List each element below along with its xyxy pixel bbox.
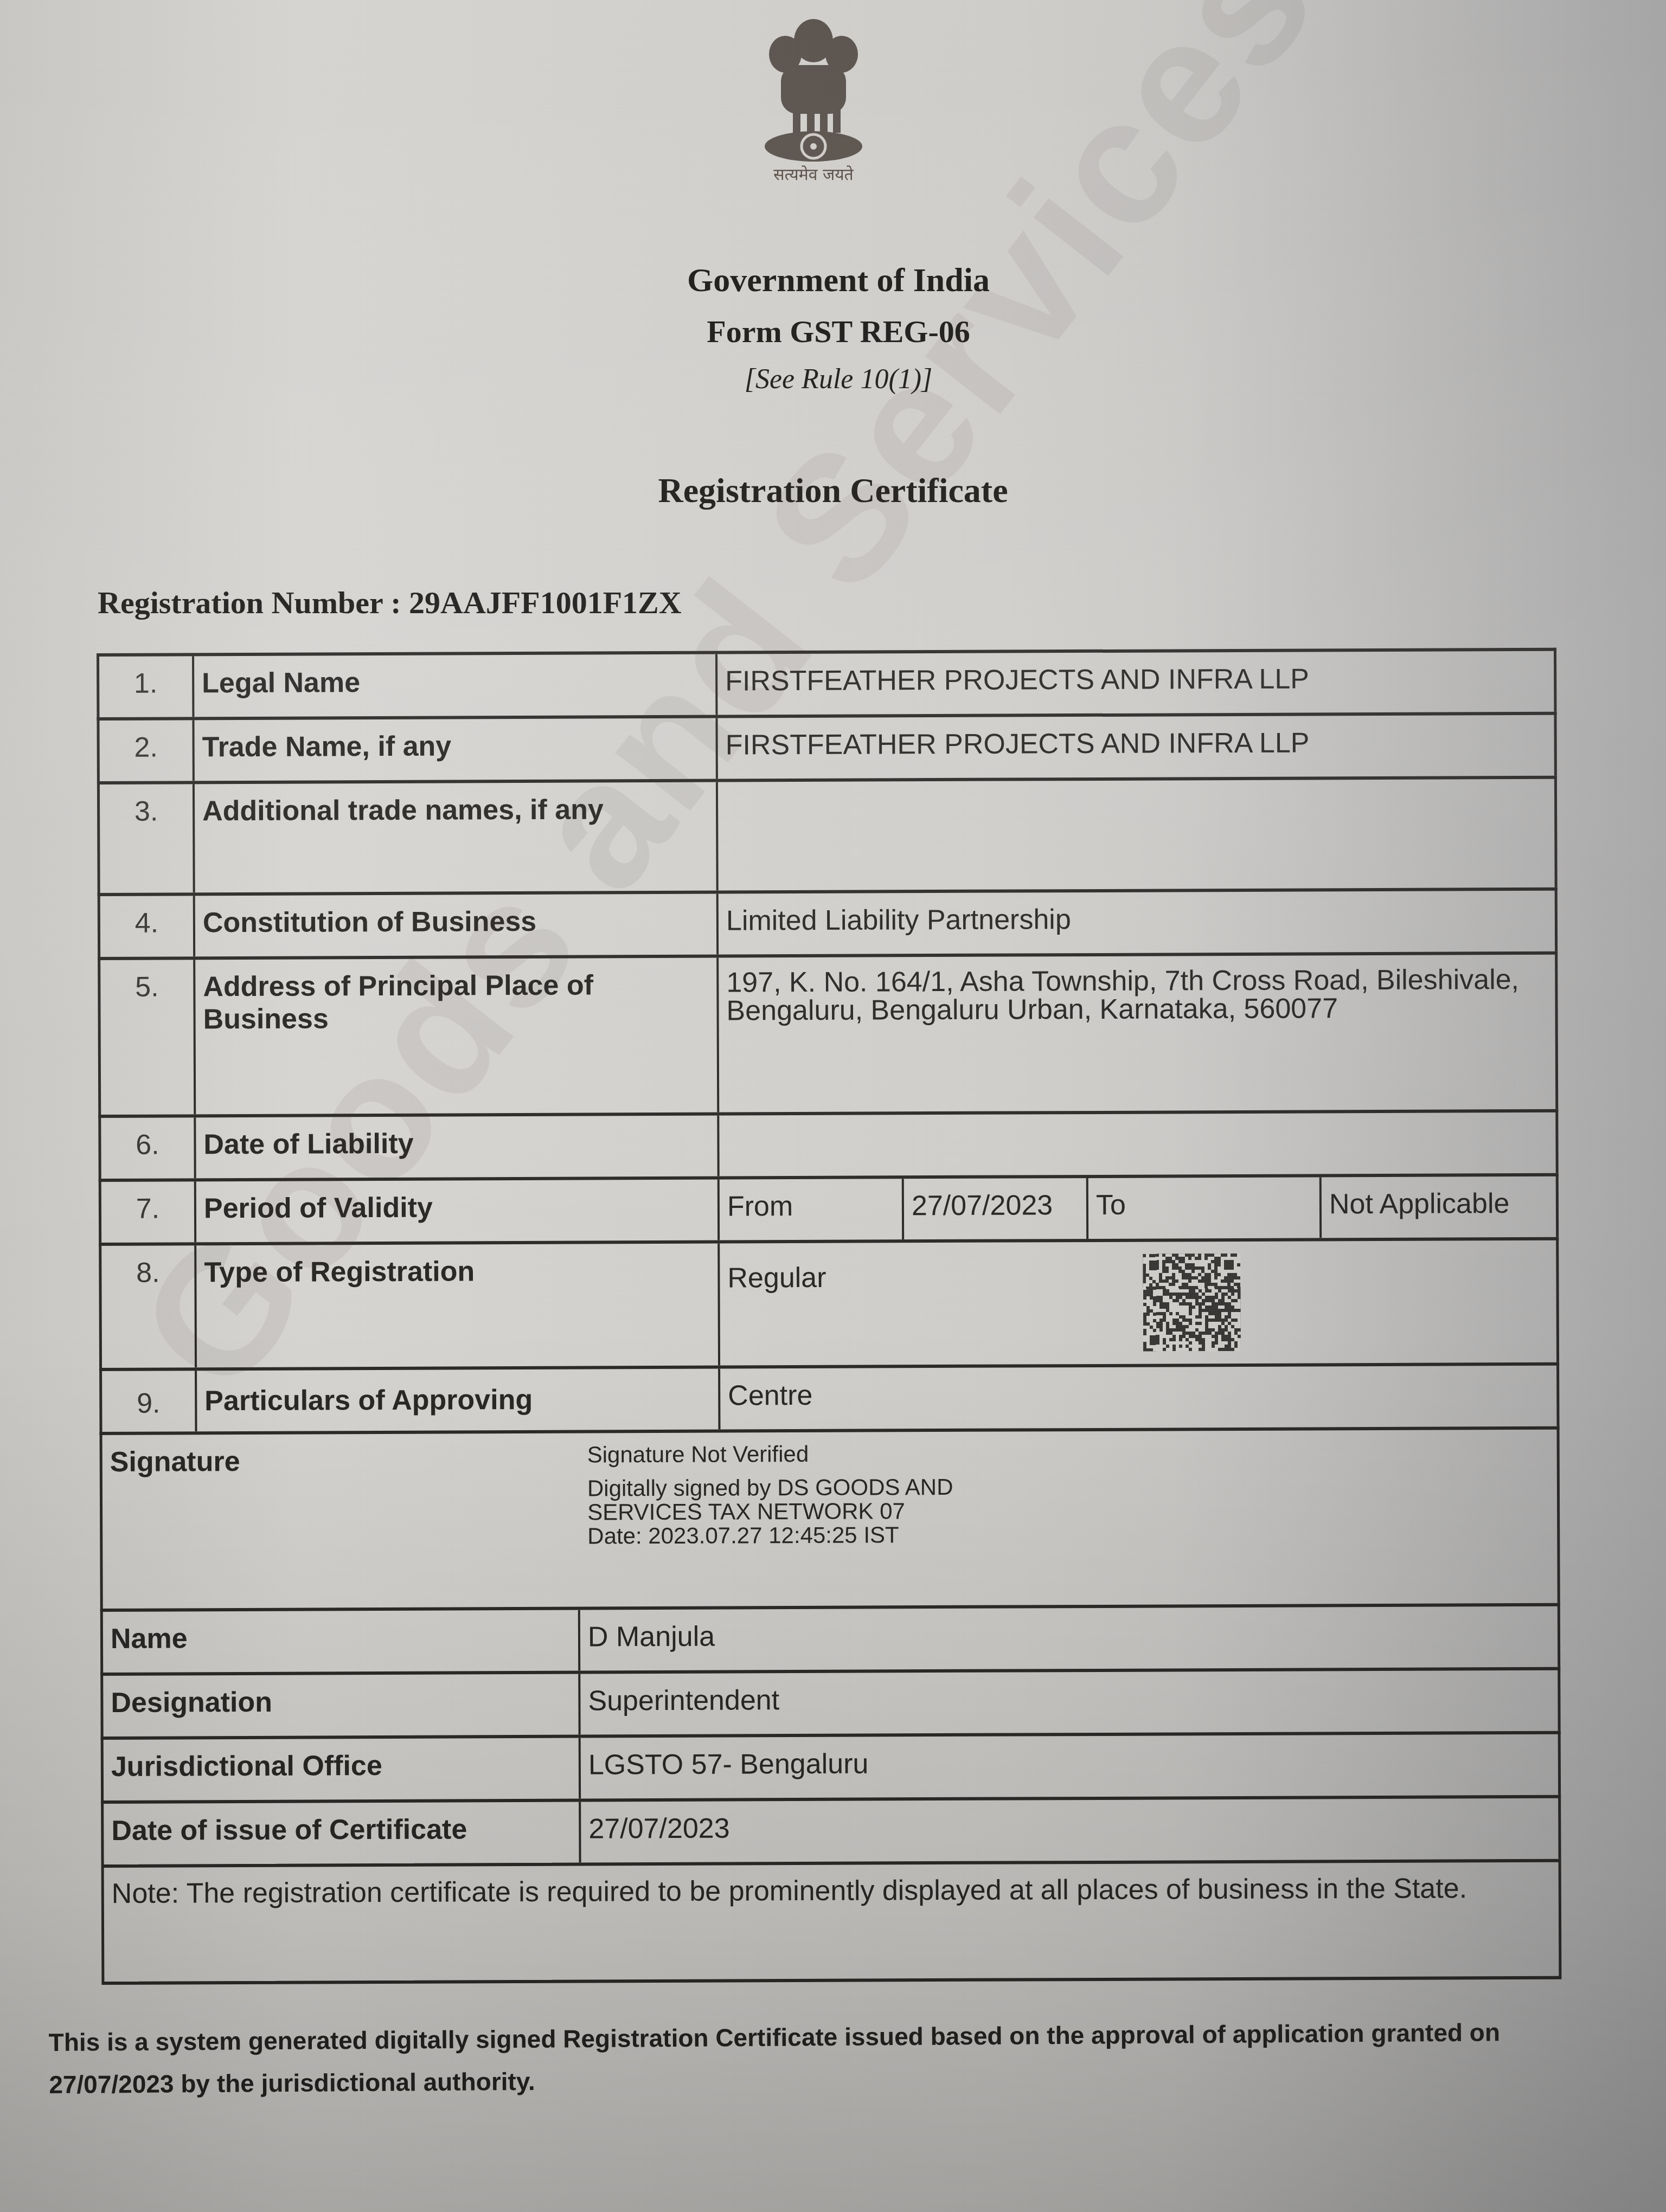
signed-by-line-2: SERVICES TAX NETWORK 07 [587,1497,1549,1525]
additional-trade-names-value [718,779,1555,891]
officer-label: Date of issue of Certificate [104,1802,581,1864]
government-title: Government of India [5,261,1666,300]
row-label: Particulars of Approving [197,1369,720,1432]
validity-from-value: 27/07/2023 [904,1178,1088,1239]
table-row: 2. Trade Name, if any FIRSTFEATHER PROJE… [97,712,1556,781]
row-label: Legal Name [194,654,717,717]
table-row: 4. Constitution of Business Limited Liab… [98,888,1558,957]
issue-date-value: 27/07/2023 [581,1798,1558,1863]
certificate-table: 1. Legal Name FIRSTFEATHER PROJECTS AND … [97,648,1561,1985]
ashoka-emblem-icon [759,16,868,163]
row-label: Period of Validity [196,1180,720,1243]
table-row: 1. Legal Name FIRSTFEATHER PROJECTS AND … [97,648,1556,717]
officer-label: Name [103,1610,580,1673]
row-label: Constitution of Business [195,894,719,957]
emblem-motto: सत्यमेव जयते [759,163,868,185]
signed-by-line-1: Digitally signed by DS GOODS AND [587,1473,1549,1501]
officer-row: Date of issue of Certificate 27/07/2023 [101,1795,1561,1864]
designation-value: Superintendent [580,1670,1558,1735]
registration-type-value: Regular [727,1262,826,1294]
trade-name-value: FIRSTFEATHER PROJECTS AND INFRA LLP [717,715,1554,779]
system-generated-footer: This is a system generated digitally sig… [48,2010,1611,2106]
officer-row: Jurisdictional Office LGSTO 57- Bengalur… [101,1731,1561,1801]
jurisdictional-office-value: LGSTO 57- Bengaluru [581,1734,1558,1799]
signature-date: Date: 2023.07.27 12:45:25 IST [587,1521,1549,1548]
form-title: Form GST REG-06 [5,313,1666,350]
officer-row: Designation Superintendent [100,1667,1560,1737]
registration-number-value: 29AAJFF1001F1ZX [409,585,682,620]
note-row: Note: The registration certificate is re… [101,1859,1562,1985]
validity-from-label: From [720,1179,904,1240]
officer-row: Name D Manjula [100,1603,1560,1673]
table-row: 6. Date of Liability [98,1109,1558,1179]
rule-reference: [See Rule 10(1)] [5,363,1666,395]
table-row: 8. Type of Registration Regular [99,1237,1559,1368]
table-row: 7. Period of Validity From 27/07/2023 To… [99,1173,1559,1243]
row-label: Type of Registration [196,1244,720,1368]
display-note: Note: The registration certificate is re… [104,1862,1559,1982]
date-of-liability-value [719,1113,1555,1176]
approving-value: Centre [720,1366,1556,1430]
address-value: 197, K. No. 164/1, Asha Township, 7th Cr… [719,955,1555,1113]
registration-number: Registration Number : 29AAJFF1001F1ZX [98,584,682,621]
certificate-page: Goods and Services Tax सत्यमेव जयते Gove… [0,0,1666,2212]
validity-to-value: Not Applicable [1322,1176,1556,1238]
officer-label: Jurisdictional Office [104,1738,581,1801]
officer-name-value: D Manjula [580,1606,1558,1671]
row-label: Trade Name, if any [194,718,717,781]
row-label: Date of Liability [196,1116,719,1179]
table-row: 9. Particulars of Approving Centre [99,1362,1559,1432]
officer-label: Designation [103,1674,580,1737]
constitution-value: Limited Liability Partnership [719,891,1555,955]
digital-signature-block: Signature Not Verified Digitally signed … [580,1430,1558,1607]
validity-to-label: To [1088,1177,1322,1239]
legal-name-value: FIRSTFEATHER PROJECTS AND INFRA LLP [717,651,1554,715]
certificate-title: Registration Certificate [0,471,1666,511]
qr-code-icon[interactable] [1143,1253,1241,1352]
table-row: 5. Address of Principal Place of Busines… [98,951,1558,1115]
signature-status: Signature Not Verified [587,1439,1549,1467]
table-row: 3. Additional trade names, if any [97,776,1558,893]
signature-label: Signature [102,1433,580,1609]
row-label: Additional trade names, if any [195,782,719,893]
registration-number-label: Registration Number : [98,585,401,620]
row-label: Address of Principal Place of Business [195,958,719,1115]
signature-row: Signature Signature Not Verified Digital… [100,1426,1560,1609]
